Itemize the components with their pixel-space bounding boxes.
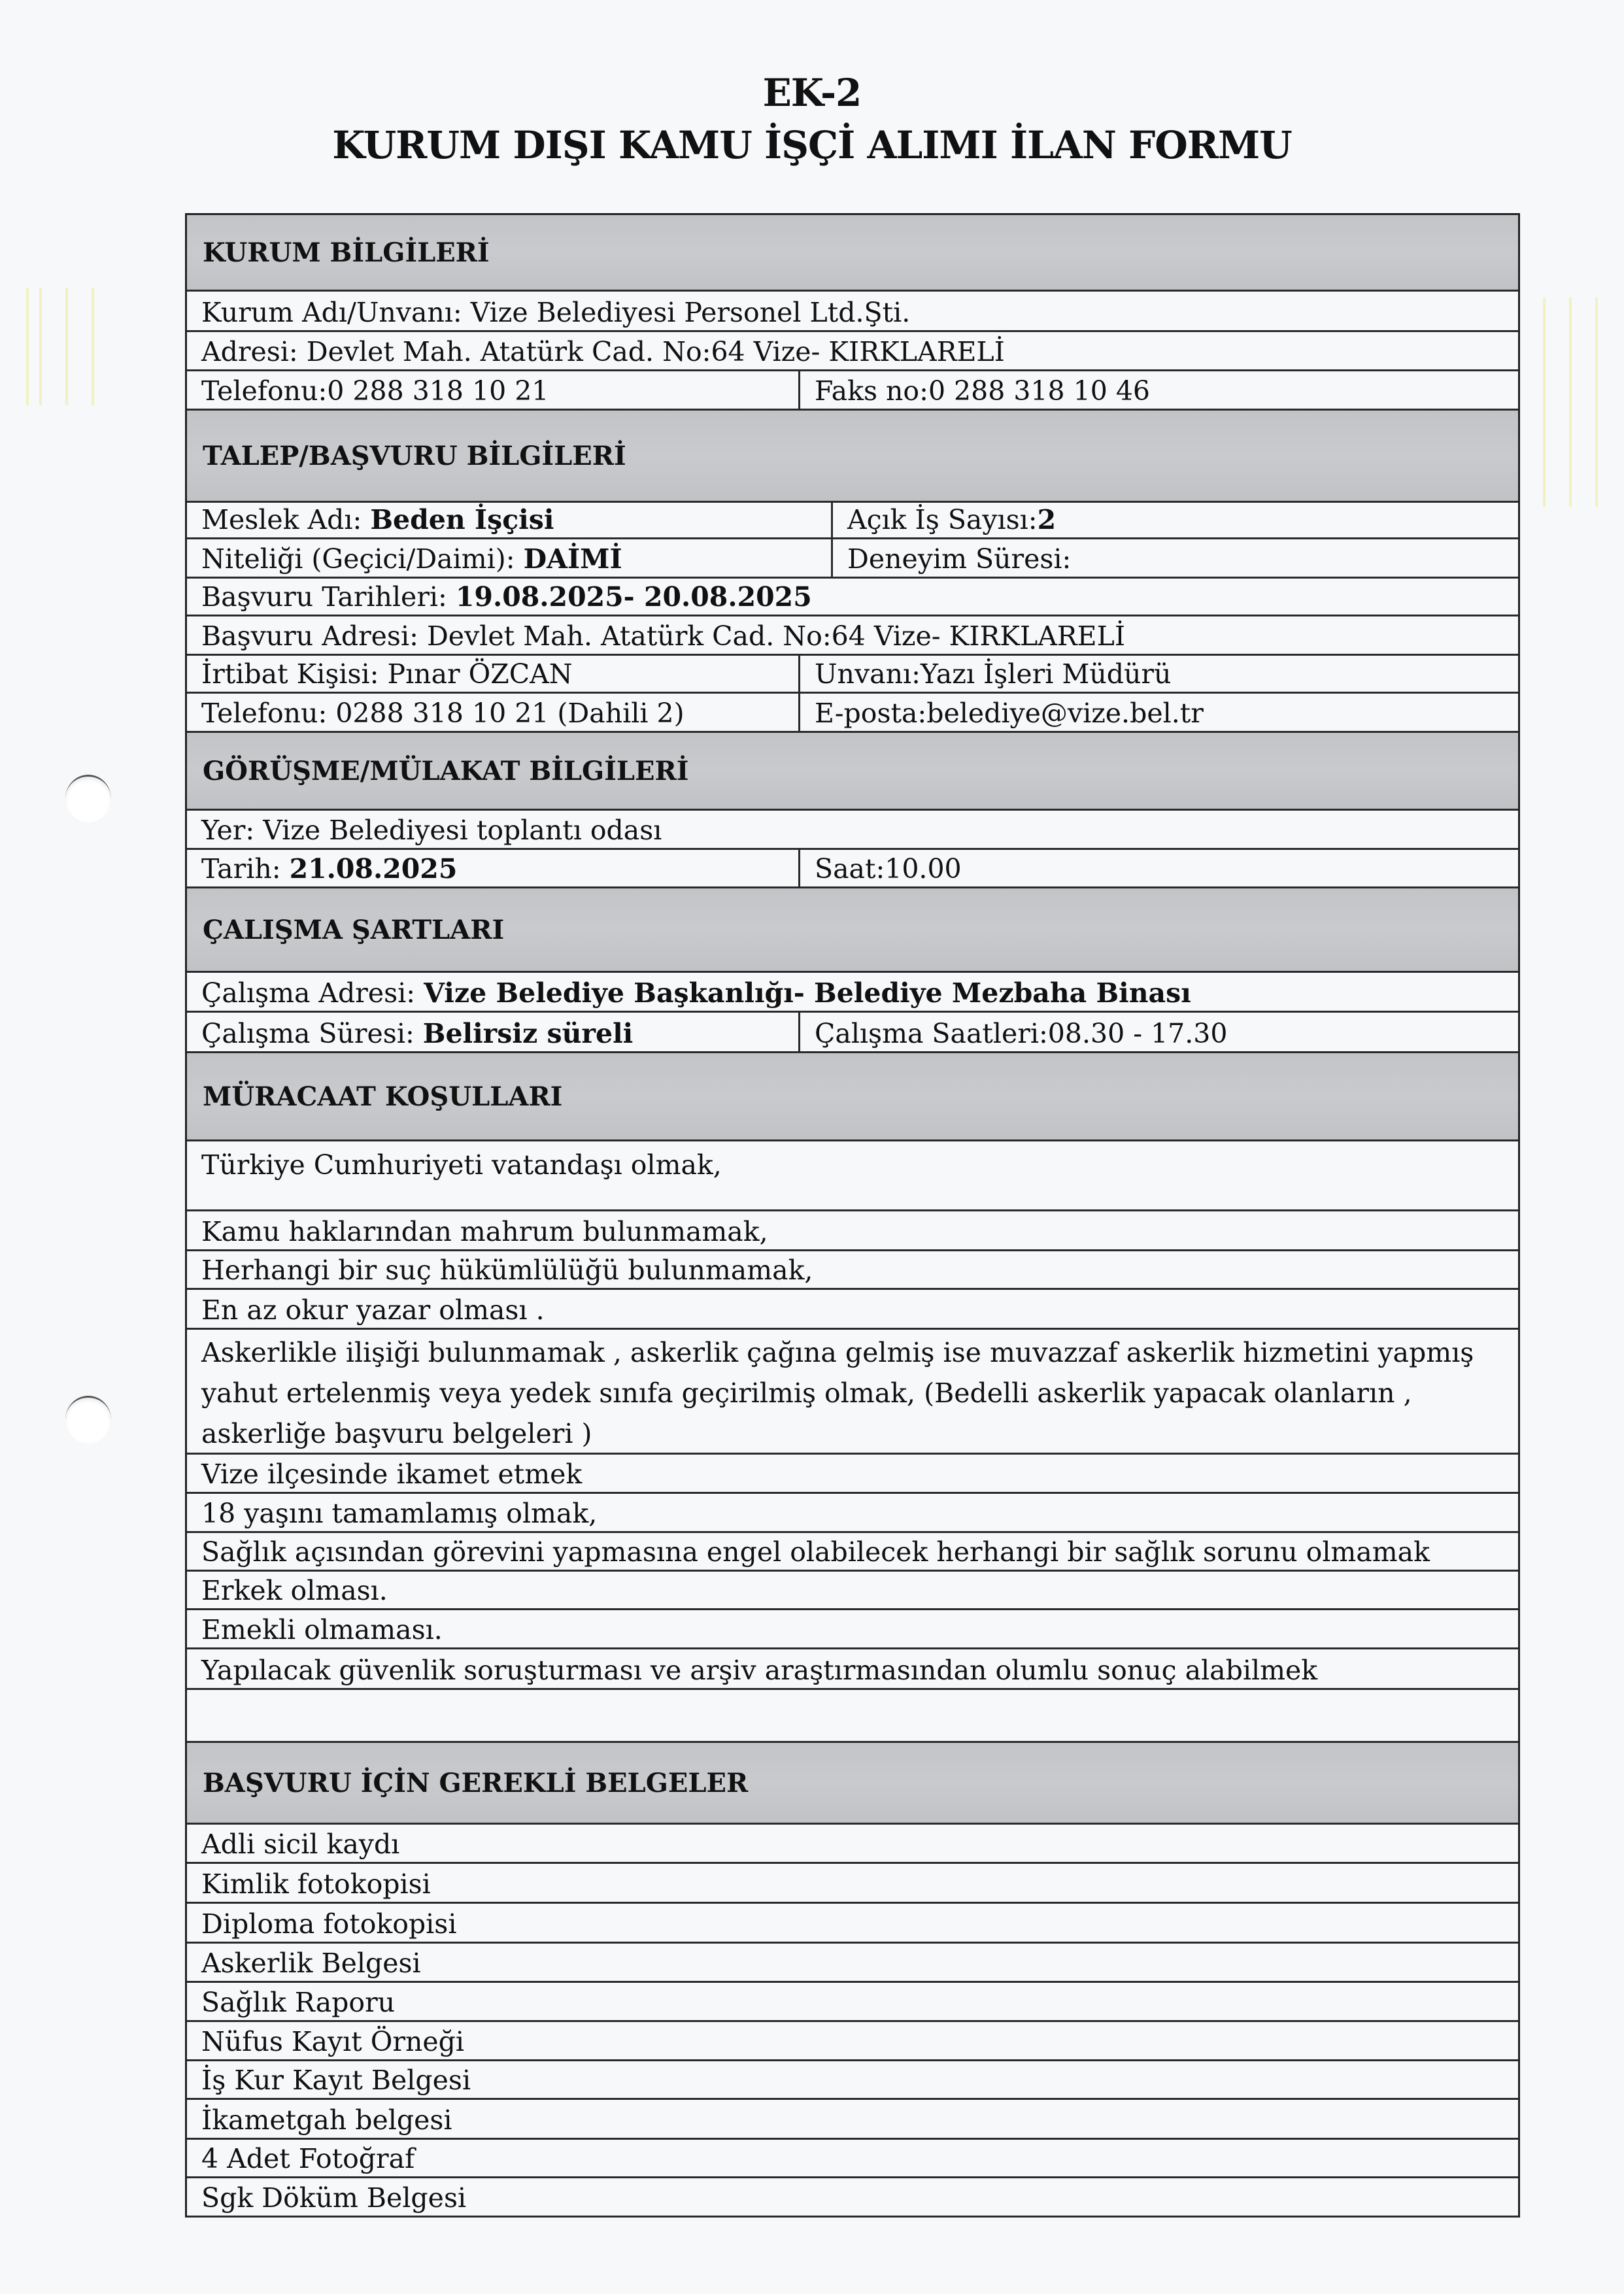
- condition-text: [187, 1738, 201, 1741]
- condition-text: Vize ilçesinde ikamet etmek: [187, 1460, 582, 1492]
- field-label: Tarih:: [201, 853, 290, 885]
- institution-phone: 0 288 318 10 21: [327, 375, 549, 407]
- openings-count: 2: [1038, 505, 1057, 535]
- field-label: Deneyim Süresi:: [847, 545, 1071, 574]
- section-header-gorusme: GÖRÜŞME/MÜLAKAT BİLGİLERİ: [187, 733, 1518, 811]
- condition-item: En az okur yazar olması .: [187, 1290, 1518, 1330]
- interview-place: Vize Belediyesi toplantı odası: [263, 815, 662, 846]
- section-title: KURUM BİLGİLERİ: [187, 237, 490, 268]
- annex-label: EK-2: [0, 71, 1624, 115]
- institution-address-row: Adresi: Devlet Mah. Atatürk Cad. No:64 V…: [187, 332, 1518, 371]
- document-text: İkametgah belgesi: [187, 2106, 452, 2138]
- section-header-kurum: KURUM BİLGİLERİ: [187, 215, 1518, 292]
- interview-time: 10.00: [885, 854, 961, 884]
- scan-streak: [39, 288, 42, 405]
- application-dates-row: Başvuru Tarihleri: 19.08.2025- 20.08.202…: [187, 579, 1518, 616]
- condition-text: Kamu haklarından mahrum bulunmamak,: [187, 1217, 768, 1249]
- document-text: İş Kur Kayıt Belgesi: [187, 2066, 471, 2098]
- institution-name-row: Kurum Adı/Unvanı: Vize Belediyesi Person…: [187, 292, 1518, 332]
- condition-item: Sağlık açısından görevini yapmasına enge…: [187, 1533, 1518, 1572]
- document-text: Adli sicil kaydı: [187, 1830, 399, 1862]
- field-label: Başvuru Tarihleri:: [201, 581, 456, 613]
- punch-hole: [65, 775, 111, 822]
- field-label: Adresi:: [201, 336, 307, 367]
- field-label: Çalışma Süresi:: [201, 1018, 423, 1049]
- work-address: Vize Belediye Başkanlığı- Belediye Mezba…: [424, 977, 1191, 1009]
- condition-text: En az okur yazar olması .: [187, 1296, 545, 1328]
- occupation-row: Meslek Adı: Beden İşçisi Açık İş Sayısı:…: [187, 503, 1518, 539]
- contact-person-row: İrtibat Kişisi: Pınar ÖZCAN Unvanı: Yazı…: [187, 656, 1518, 694]
- condition-text: Sağlık açısından görevini yapmasına enge…: [187, 1538, 1430, 1570]
- condition-item: Herhangi bir suç hükümlülüğü bulunmamak,: [187, 1251, 1518, 1290]
- employment-type-row: Niteliği (Geçici/Daimi): DAİMİ Deneyim S…: [187, 539, 1518, 579]
- field-label: E-posta:: [815, 699, 926, 728]
- contact-person: Pınar ÖZCAN: [387, 658, 572, 690]
- contact-phone: 0288 318 10 21 (Dahili 2): [335, 698, 684, 729]
- document-item: Nüfus Kayıt Örneği: [187, 2022, 1518, 2061]
- document-item: 4 Adet Fotoğraf: [187, 2140, 1518, 2178]
- contact-info-row: Telefonu: 0288 318 10 21 (Dahili 2) E-po…: [187, 694, 1518, 733]
- field-label: Telefonu:: [201, 375, 327, 407]
- employment-type: DAİMİ: [524, 543, 622, 575]
- institution-contact-row: Telefonu:0 288 318 10 21 Faks no:0 288 3…: [187, 371, 1518, 411]
- page-title: KURUM DIŞI KAMU İŞÇİ ALIMI İLAN FORMU: [0, 123, 1624, 167]
- condition-item: Emekli olmaması.: [187, 1610, 1518, 1649]
- condition-item: Yapılacak güvenlik soruşturması ve arşiv…: [187, 1649, 1518, 1690]
- condition-text: Türkiye Cumhuriyeti vatandaşı olmak,: [187, 1141, 722, 1183]
- condition-item: Vize ilçesinde ikamet etmek: [187, 1455, 1518, 1494]
- condition-item: Kamu haklarından mahrum bulunmamak,: [187, 1211, 1518, 1251]
- section-title: GÖRÜŞME/MÜLAKAT BİLGİLERİ: [187, 756, 688, 786]
- section-title: TALEP/BAŞVURU BİLGİLERİ: [187, 441, 626, 471]
- condition-item-empty: [187, 1690, 1518, 1743]
- section-title: BAŞVURU İÇİN GEREKLİ BELGELER: [187, 1768, 748, 1798]
- scan-streak: [26, 288, 29, 405]
- contact-email[interactable]: belediye@vize.bel.tr: [926, 699, 1204, 728]
- document-text: 4 Adet Fotoğraf: [187, 2144, 414, 2176]
- work-terms-row: Çalışma Süresi: Belirsiz süreli Çalışma …: [187, 1013, 1518, 1053]
- document-item: İkametgah belgesi: [187, 2100, 1518, 2140]
- document-item: Adli sicil kaydı: [187, 1825, 1518, 1864]
- field-label: Niteliği (Geçici/Daimi):: [201, 543, 524, 575]
- section-title: MÜRACAAT KOŞULLARI: [187, 1081, 562, 1112]
- scan-streak: [1543, 297, 1546, 507]
- section-header-talep: TALEP/BAŞVURU BİLGİLERİ: [187, 411, 1518, 503]
- condition-text: Emekli olmaması.: [187, 1615, 443, 1647]
- occupation-value: Beden İşçisi: [370, 504, 554, 535]
- field-label: Telefonu:: [201, 698, 335, 729]
- section-header-belgeler: BAŞVURU İÇİN GEREKLİ BELGELER: [187, 1743, 1518, 1825]
- field-label: Yer:: [201, 815, 263, 846]
- interview-place-row: Yer: Vize Belediyesi toplantı odası: [187, 811, 1518, 850]
- document-item: İş Kur Kayıt Belgesi: [187, 2061, 1518, 2100]
- condition-text: Yapılacak güvenlik soruşturması ve arşiv…: [187, 1656, 1317, 1688]
- scan-streak: [65, 288, 68, 405]
- institution-address: Devlet Mah. Atatürk Cad. No:64 Vize- KIR…: [307, 336, 1005, 367]
- document-item: Askerlik Belgesi: [187, 1944, 1518, 1983]
- institution-fax: 0 288 318 10 46: [928, 377, 1150, 406]
- application-address-row: Başvuru Adresi: Devlet Mah. Atatürk Cad.…: [187, 616, 1518, 656]
- punch-hole: [65, 1396, 111, 1443]
- application-address: Devlet Mah. Atatürk Cad. No:64 Vize- KIR…: [427, 620, 1125, 652]
- field-label: Çalışma Adresi:: [201, 977, 424, 1009]
- work-hours: 08.30 - 17.30: [1048, 1019, 1228, 1049]
- field-label: Açık İş Sayısı:: [847, 505, 1038, 535]
- scan-streak: [92, 288, 94, 405]
- contact-title: Yazı İşleri Müdürü: [921, 660, 1171, 689]
- section-header-muracaat: MÜRACAAT KOŞULLARI: [187, 1053, 1518, 1141]
- document-text: Diploma fotokopisi: [187, 1910, 456, 1942]
- scan-streak: [1569, 297, 1572, 507]
- field-label: Çalışma Saatleri:: [815, 1019, 1048, 1049]
- condition-text: Askerlikle ilişiği bulunmamak , askerlik…: [187, 1330, 1508, 1457]
- document-text: Kimlik fotokopisi: [187, 1870, 431, 1902]
- interview-datetime-row: Tarih: 21.08.2025 Saat: 10.00: [187, 850, 1518, 888]
- interview-date: 21.08.2025: [290, 853, 458, 885]
- section-title: ÇALIŞMA ŞARTLARI: [187, 915, 504, 945]
- document-item: Sağlık Raporu: [187, 1983, 1518, 2022]
- document-item: Diploma fotokopisi: [187, 1904, 1518, 1944]
- document-item: Sgk Döküm Belgesi: [187, 2178, 1518, 2218]
- institution-name: Vize Belediyesi Personel Ltd.Şti.: [471, 297, 910, 328]
- document-item: Kimlik fotokopisi: [187, 1864, 1518, 1904]
- condition-text: Erkek olması.: [187, 1576, 388, 1608]
- document-text: Sağlık Raporu: [187, 1988, 395, 2020]
- job-posting-form: KURUM BİLGİLERİ Kurum Adı/Unvanı: Vize B…: [185, 213, 1520, 2218]
- condition-item: Erkek olması.: [187, 1572, 1518, 1610]
- field-label: İrtibat Kişisi:: [201, 658, 387, 690]
- condition-text: 18 yaşını tamamlamış olmak,: [187, 1499, 597, 1531]
- scan-streak: [1595, 297, 1598, 507]
- field-label: Kurum Adı/Unvanı:: [201, 297, 471, 328]
- condition-text: Herhangi bir suç hükümlülüğü bulunmamak,: [187, 1256, 813, 1288]
- document-text: Askerlik Belgesi: [187, 1949, 421, 1981]
- document-text: Nüfus Kayıt Örneği: [187, 2027, 464, 2059]
- condition-item: Askerlikle ilişiği bulunmamak , askerlik…: [187, 1330, 1518, 1455]
- document-text: Sgk Döküm Belgesi: [187, 2184, 466, 2216]
- work-duration: Belirsiz süreli: [423, 1018, 633, 1049]
- field-label: Faks no:: [815, 377, 928, 406]
- field-label: Unvanı:: [815, 660, 921, 689]
- application-dates: 19.08.2025- 20.08.2025: [456, 581, 812, 613]
- condition-item: Türkiye Cumhuriyeti vatandaşı olmak,: [187, 1141, 1518, 1211]
- field-label: Meslek Adı:: [201, 504, 370, 535]
- field-label: Başvuru Adresi:: [201, 620, 427, 652]
- work-address-row: Çalışma Adresi: Vize Belediye Başkanlığı…: [187, 973, 1518, 1013]
- section-header-calisma: ÇALIŞMA ŞARTLARI: [187, 888, 1518, 973]
- field-label: Saat:: [815, 854, 885, 884]
- condition-item: 18 yaşını tamamlamış olmak,: [187, 1494, 1518, 1533]
